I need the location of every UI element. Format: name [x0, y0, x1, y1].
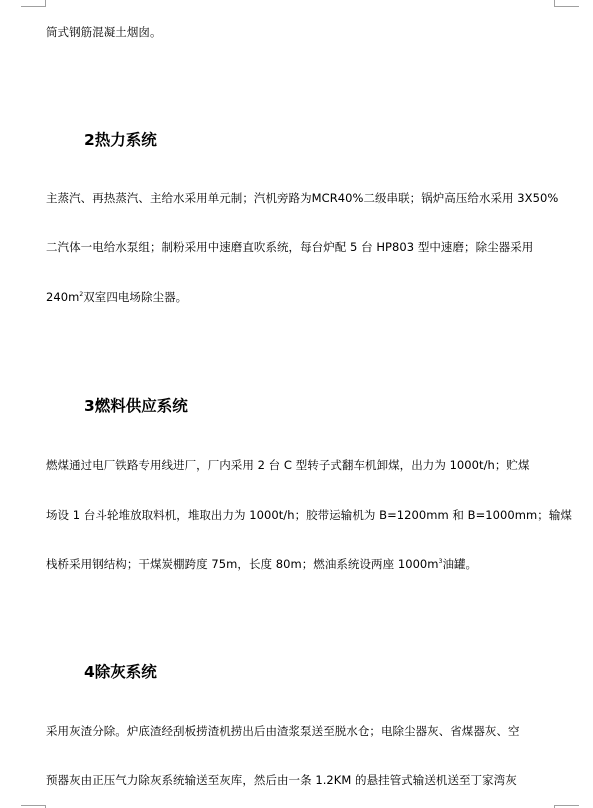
text-span: 240m [46, 290, 79, 304]
body-text-line: 240m2双室四电场除尘器。 [46, 290, 556, 304]
body-text-line: 燃煤通过电厂铁路专用线进厂，厂内采用 2 台 C 型转子式翻车机卸煤，出力为 1… [46, 458, 556, 472]
body-text-line: 主蒸汽、再热蒸汽、主给水采用单元制；汽机旁路为MCR40%二级串联；锅炉高压给水… [46, 191, 556, 205]
body-text-line: 场设 1 台斗轮堆放取料机，堆取出力为 1000t/h；胶带运输机为 B=120… [46, 508, 556, 522]
page-corner-mark-top-right [554, 0, 579, 7]
body-text-line: 筒式钢筋混凝土烟囱。 [46, 25, 556, 39]
text-span: 栈桥采用钢结构；干煤炭棚跨度 75m，长度 80m；燃油系统设两座 1000m [46, 557, 439, 571]
section-heading-ash-removal-system: 4除灰系统 [84, 663, 157, 681]
body-text-line: 栈桥采用钢结构；干煤炭棚跨度 75m，长度 80m；燃油系统设两座 1000m3… [46, 557, 556, 571]
text-span: 油罐。 [442, 557, 477, 571]
section-heading-fuel-supply-system: 3燃料供应系统 [84, 397, 188, 415]
body-text-line: 采用灰渣分除。炉底渣经刮板捞渣机捞出后由渣浆泵送至脱水仓；电除尘器灰、省煤器灰、… [46, 724, 556, 738]
text-span: 双室四电场除尘器。 [83, 290, 187, 304]
section-heading-thermal-system: 2热力系统 [84, 131, 157, 149]
body-text-line: 二汽体一电给水泵组；制粉采用中速磨直吹系统，每台炉配 5 台 HP803 型中速… [46, 240, 556, 254]
body-text-line: 预器灰由正压气力除灰系统输送至灰库，然后由一条 1.2KM 的悬挂管式输送机送至… [46, 773, 556, 787]
page-corner-mark-top-left [21, 0, 46, 7]
